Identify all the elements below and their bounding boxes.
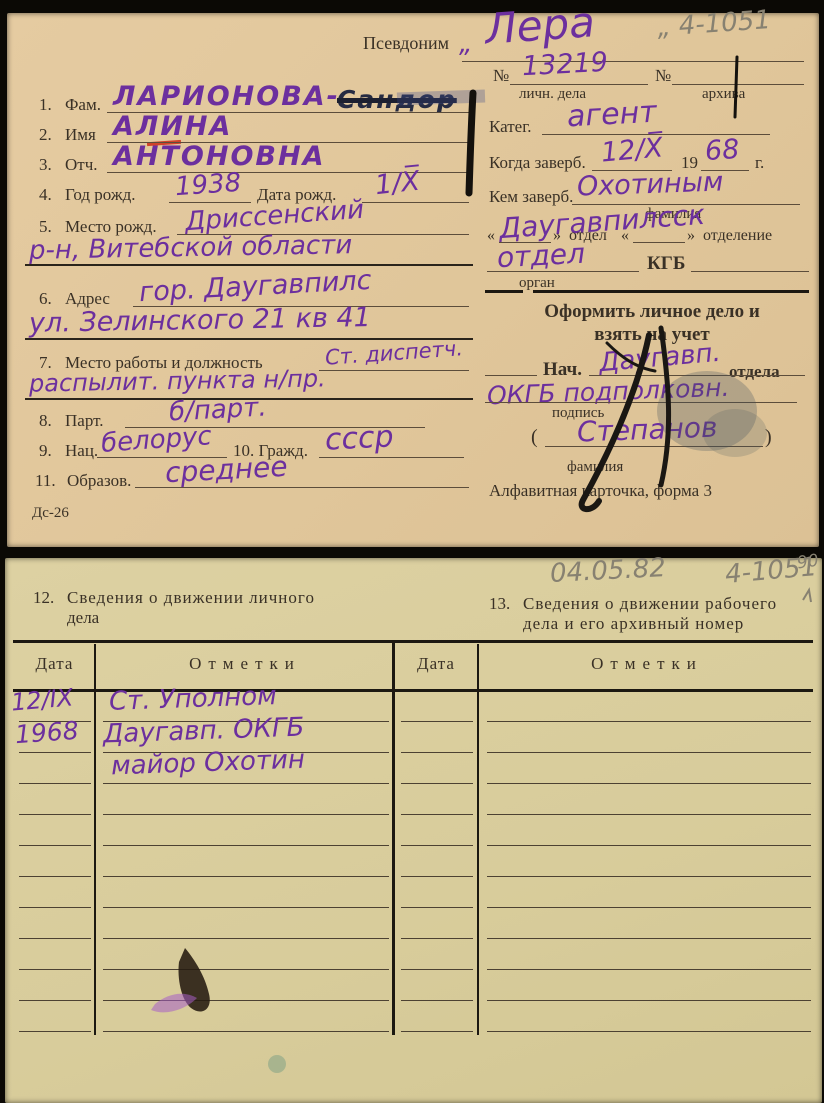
pen-stroke <box>469 93 473 193</box>
table-rows <box>5 558 822 1103</box>
rule-line <box>401 845 473 846</box>
signature-rank-handwritten: ОКГБ подполковн. <box>487 373 730 410</box>
rule-line <box>487 907 811 908</box>
education-value: среднее <box>164 450 288 489</box>
scanned-archive-document: { "card1": { "corner_mark": "\u201e 4-10… <box>0 0 824 1103</box>
dept-quote-open: « <box>487 227 495 245</box>
archive-no-label: № <box>655 66 671 86</box>
personal-no-label: № <box>493 66 509 86</box>
field-8-label: Парт. <box>65 411 104 431</box>
rule-line <box>533 290 809 293</box>
organ-handwritten: отдел <box>496 237 586 275</box>
rule-line <box>103 845 389 846</box>
form-code: Дс-26 <box>32 505 69 522</box>
rule-line <box>487 1031 811 1032</box>
category-label: Катег. <box>489 117 532 137</box>
rule-line <box>401 969 473 970</box>
rule-line <box>487 969 811 970</box>
rule-line <box>487 752 811 753</box>
rule-line <box>691 271 809 272</box>
rule-line <box>103 938 389 939</box>
field-4-label: Год рожд. <box>65 185 135 205</box>
rule-line <box>103 907 389 908</box>
rule-line <box>487 721 811 722</box>
surname-paren-close: ) <box>765 426 772 449</box>
name-value: АЛИНА <box>113 111 232 142</box>
year-handwritten: 68 <box>704 134 740 167</box>
rule-line <box>487 814 811 815</box>
entry-date-line1: 12/IX <box>10 683 74 716</box>
rule-line <box>401 1000 473 1001</box>
rule-line <box>487 845 811 846</box>
form-name: Алфавитная карточка, форма 3 <box>489 481 712 501</box>
field-11-label: Образов. <box>67 471 131 491</box>
rule-line <box>103 876 389 877</box>
rule-line <box>19 938 91 939</box>
field-4-num: 4. <box>39 185 52 205</box>
recruited-when-label: Когда заверб. <box>489 153 586 173</box>
rule-line <box>25 264 473 266</box>
patronymic-value: АНТОНОВНА <box>113 141 325 172</box>
field-3-num: 3. <box>39 155 52 175</box>
field-5-num: 5. <box>39 217 52 237</box>
surname-paren-open: ( <box>531 426 538 449</box>
nationality-value: белорус <box>100 421 213 459</box>
field-9-label: Нац. <box>65 441 98 461</box>
rule-line <box>19 876 91 877</box>
rule-line <box>401 783 473 784</box>
pseudonym-value: Лера <box>483 0 596 54</box>
rule-line <box>485 402 797 403</box>
surname-handwritten: Степанов <box>576 411 718 449</box>
rule-line <box>462 61 804 62</box>
rule-line <box>401 907 473 908</box>
rule-line <box>401 814 473 815</box>
rule-line <box>487 938 811 939</box>
birth-place-value-2: р-н, Витебской области <box>29 230 353 266</box>
workplace-value-1: Ст. диспетч. <box>324 336 463 370</box>
surname-sublabel: фамилия <box>567 459 623 476</box>
rule-line <box>401 938 473 939</box>
rule-line <box>19 1031 91 1032</box>
archive-no-sublabel: архива <box>702 86 745 103</box>
address-value-2: ул. Зелинского 21 кв 41 <box>29 302 371 339</box>
citizenship-value: ссср <box>324 419 394 458</box>
pencil-corner-number: „ 4-1051 <box>656 5 772 43</box>
field-9-num: 9. <box>39 441 52 461</box>
branch-quote-open: « <box>621 227 629 245</box>
directive-line-1: Оформить личное дело и <box>497 301 807 323</box>
rule-line <box>103 814 389 815</box>
rule-line <box>362 202 469 203</box>
field-1-label: Фам. <box>65 95 101 115</box>
pseudonym-label: Псевдоним <box>363 33 449 54</box>
rule-line <box>487 876 811 877</box>
branch-quote-close: » <box>687 227 695 245</box>
rule-line <box>545 446 763 447</box>
rule-line <box>103 1000 389 1001</box>
rule-line <box>19 814 91 815</box>
rule-line <box>319 370 469 371</box>
category-value: агент <box>566 95 657 135</box>
chief-sublabel: отдела <box>729 362 780 382</box>
alphabet-card-front: „ 4-1051 Псевдоним „ Лера № 13219 личн. … <box>7 13 819 547</box>
surname-crossed-out: Сандор <box>337 85 457 114</box>
rule-line <box>487 271 639 272</box>
field-1-num: 1. <box>39 95 52 115</box>
rule-line <box>510 84 648 85</box>
rule-line <box>19 783 91 784</box>
rule-line <box>103 783 389 784</box>
birth-date-value: 1/X̅ <box>374 166 422 202</box>
rule-line <box>319 457 464 458</box>
rule-line <box>487 783 811 784</box>
entry-note-line1: Ст. Уполном <box>109 681 278 717</box>
rule-line <box>135 487 469 488</box>
rule-line <box>19 969 91 970</box>
workplace-value-2: распылит. пункта н/пр. <box>29 364 326 397</box>
birth-year-value: 1938 <box>174 168 242 203</box>
rule-line <box>487 1000 811 1001</box>
rule-line <box>401 752 473 753</box>
pseudonym-quote: „ <box>459 29 472 59</box>
field-2-num: 2. <box>39 125 52 145</box>
recruited-by-label: Кем заверб. <box>489 187 573 207</box>
alphabet-card-back: 04.05.82 4-1051 90 12. Сведения о движен… <box>5 558 822 1103</box>
rule-line <box>401 876 473 877</box>
surname-value: ЛАРИОНОВА- <box>113 81 340 112</box>
rule-line <box>19 907 91 908</box>
rule-line <box>485 375 537 376</box>
field-11-num: 11. <box>35 471 56 491</box>
rule-line <box>19 1000 91 1001</box>
rule-line <box>19 845 91 846</box>
rule-line <box>401 1031 473 1032</box>
personal-no-value: 13219 <box>521 47 608 82</box>
branch-label: отделение <box>703 227 772 245</box>
field-8-num: 8. <box>39 411 52 431</box>
recruited-when-value: 12/X̅ <box>600 132 664 168</box>
field-2-label: Имя <box>65 125 96 145</box>
rule-line <box>103 969 389 970</box>
organ-kgb-printed: КГБ <box>647 253 685 275</box>
entry-date-line2: 1968 <box>14 716 79 749</box>
rule-line <box>633 242 685 243</box>
rule-line <box>401 721 473 722</box>
year-suffix: г. <box>755 153 764 173</box>
rule-line <box>19 752 91 753</box>
rule-line <box>672 84 804 85</box>
field-3-label: Отч. <box>65 155 98 175</box>
field-6-num: 6. <box>39 289 52 309</box>
rule-line <box>103 1031 389 1032</box>
rule-line <box>485 290 523 293</box>
